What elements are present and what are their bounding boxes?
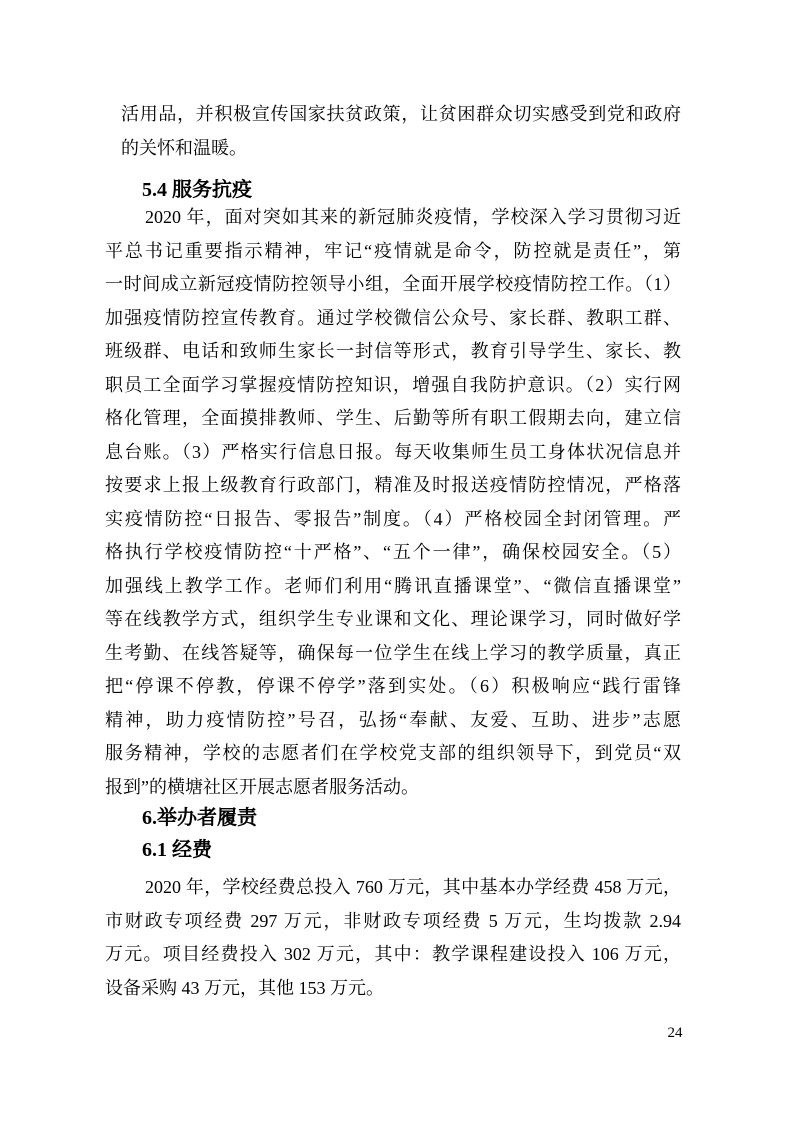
text-line: 服务精神，学校的志愿者们在学校党支部的组织领导下，到党员“双 xyxy=(105,737,681,771)
text-line: 2020 年，学校经费总投入 760 万元，其中基本办学经费 458 万元， xyxy=(105,871,681,905)
section-heading-5-4-pandemic-service: 5.4 服务抗疫 xyxy=(142,176,252,204)
text-line: 平总书记重要指示精神，牢记“疫情就是命令，防控就是责任”，第 xyxy=(105,235,681,269)
text-line: 加强线上教学工作。老师们利用“腾讯直播课堂”、“微信直播课堂” xyxy=(105,570,681,604)
text-line: 2020 年，面对突如其来的新冠肺炎疫情，学校深入学习贯彻习近 xyxy=(105,201,681,235)
text-line: 加强疫情防控宣传教育。通过学校微信公众号、家长群、教职工群、 xyxy=(105,302,681,336)
text-line: 报到”的横塘社区开展志愿者服务活动。 xyxy=(105,771,681,805)
paragraph-6-1-funding: 2020 年，学校经费总投入 760 万元，其中基本办学经费 458 万元，市财… xyxy=(105,871,681,1005)
text-line: 一时间成立新冠疫情防控领导小组，全面开展学校疫情防控工作。（1） xyxy=(105,268,681,302)
text-line: 的关怀和温暖。 xyxy=(121,132,681,166)
section-heading-6-organizer-responsibility: 6.举办者履责 xyxy=(142,804,257,832)
text-line: 精神，助力疫情防控”号召，弘扬“奉献、友爱、互助、进步”志愿 xyxy=(105,704,681,738)
text-line: 格化管理，全面摸排教师、学生、后勤等所有职工假期去向，建立信 xyxy=(105,402,681,436)
text-line: 等在线教学方式，组织学生专业课和文化、理论课学习，同时做好学 xyxy=(105,603,681,637)
text-line: 设备采购 43 万元，其他 153 万元。 xyxy=(105,972,681,1006)
paragraph-5-4-pandemic-service: 2020 年，面对突如其来的新冠肺炎疫情，学校深入学习贯彻习近平总书记重要指示精… xyxy=(105,201,681,804)
text-line: 把“停课不停教，停课不停学”落到实处。（6）积极响应“践行雷锋 xyxy=(105,670,681,704)
text-line: 班级群、电话和致师生家长一封信等形式，教育引导学生、家长、教 xyxy=(105,335,681,369)
text-line: 市财政专项经费 297 万元，非财政专项经费 5 万元，生均拨款 2.94 xyxy=(105,905,681,939)
paragraph-continued-from-previous-page: 活用品，并积极宣传国家扶贫政策，让贫困群众切实感受到党和政府的关怀和温暖。 xyxy=(121,98,681,165)
text-line: 活用品，并积极宣传国家扶贫政策，让贫困群众切实感受到党和政府 xyxy=(121,98,681,132)
text-line: 职员工全面学习掌握疫情防控知识，增强自我防护意识。（2）实行网 xyxy=(105,369,681,403)
text-line: 按要求上报上级教育行政部门，精准及时报送疫情防控情况，严格落 xyxy=(105,469,681,503)
text-line: 生考勤、在线答疑等，确保每一位学生在线上学习的教学质量，真正 xyxy=(105,637,681,671)
text-line: 实疫情防控“日报告、零报告”制度。（4）严格校园全封闭管理。严 xyxy=(105,503,681,537)
text-line: 息台账。（3）严格实行信息日报。每天收集师生员工身体状况信息并 xyxy=(105,436,681,470)
text-line: 万元。项目经费投入 302 万元，其中：教学课程建设投入 106 万元， xyxy=(105,938,681,972)
section-heading-6-1-funding: 6.1 经费 xyxy=(142,836,212,864)
text-line: 格执行学校疫情防控“十严格”、“五个一律”，确保校园安全。（5） xyxy=(105,536,681,570)
document-page: 活用品，并积极宣传国家扶贫政策，让贫困群众切实感受到党和政府的关怀和温暖。 5.… xyxy=(0,0,794,1123)
page-number: 24 xyxy=(660,1024,690,1042)
